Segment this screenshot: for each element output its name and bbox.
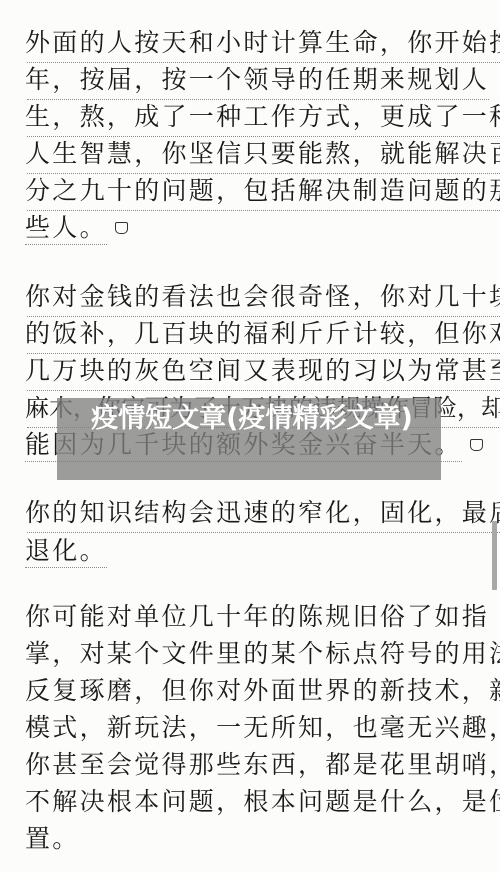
text-line: 的饭补，几百块的福利斤斤计较，但你对	[25, 319, 500, 349]
text-line: 你的知识结构会迅速的窄化，固化，最后	[25, 498, 500, 528]
text-line: 你可能对单位几十年的陈规旧俗了如指	[25, 602, 489, 632]
text-line: 反复琢磨，但你对外面世界的新技术，新	[25, 676, 500, 706]
article-title: 疫情短文章(疫情精彩文章)	[72, 400, 432, 437]
text-line-last: 些人。	[25, 213, 128, 243]
text-line: 不解决根本问题，根本问题是什么，是位	[25, 787, 500, 817]
comment-bubble-icon[interactable]	[115, 222, 128, 234]
text-line: 人生智慧，你坚信只要能熬，就能解决百	[25, 139, 500, 169]
title-overlay: 疫情短文章(疫情精彩文章)	[57, 398, 441, 480]
text-line: 你甚至会觉得那些东西，都是花里胡哨，	[25, 750, 500, 780]
text-line: 生，熬，成了一种工作方式，更成了一种	[25, 102, 500, 132]
text-line: 你对金钱的看法也会很奇怪，你对几十块	[25, 282, 500, 312]
scrollbar-thumb[interactable]	[492, 521, 497, 590]
document-page: 外面的人按天和小时计算生命，你开始按 年，按届，按一个领导的任期来规划人 生，熬…	[0, 0, 500, 872]
comment-bubble-icon[interactable]	[470, 439, 483, 451]
text-line: 模式，新玩法，一无所知，也毫无兴趣，	[25, 713, 500, 743]
text-line: 分之九十的问题，包括解决制造问题的那	[25, 176, 500, 206]
text-line: 掌，对某个文件里的某个标点符号的用法	[25, 639, 500, 669]
text-line: 置。	[25, 824, 80, 854]
text-line-content: 些人。	[25, 213, 107, 245]
text-line-last: 退化。	[25, 536, 107, 566]
text-line-content: 退化。	[25, 536, 107, 568]
text-line: 年，按届，按一个领导的任期来规划人	[25, 65, 489, 95]
text-line: 外面的人按天和小时计算生命，你开始按	[25, 28, 500, 58]
text-line: 几万块的灰色空间又表现的习以为常甚至	[25, 356, 500, 386]
